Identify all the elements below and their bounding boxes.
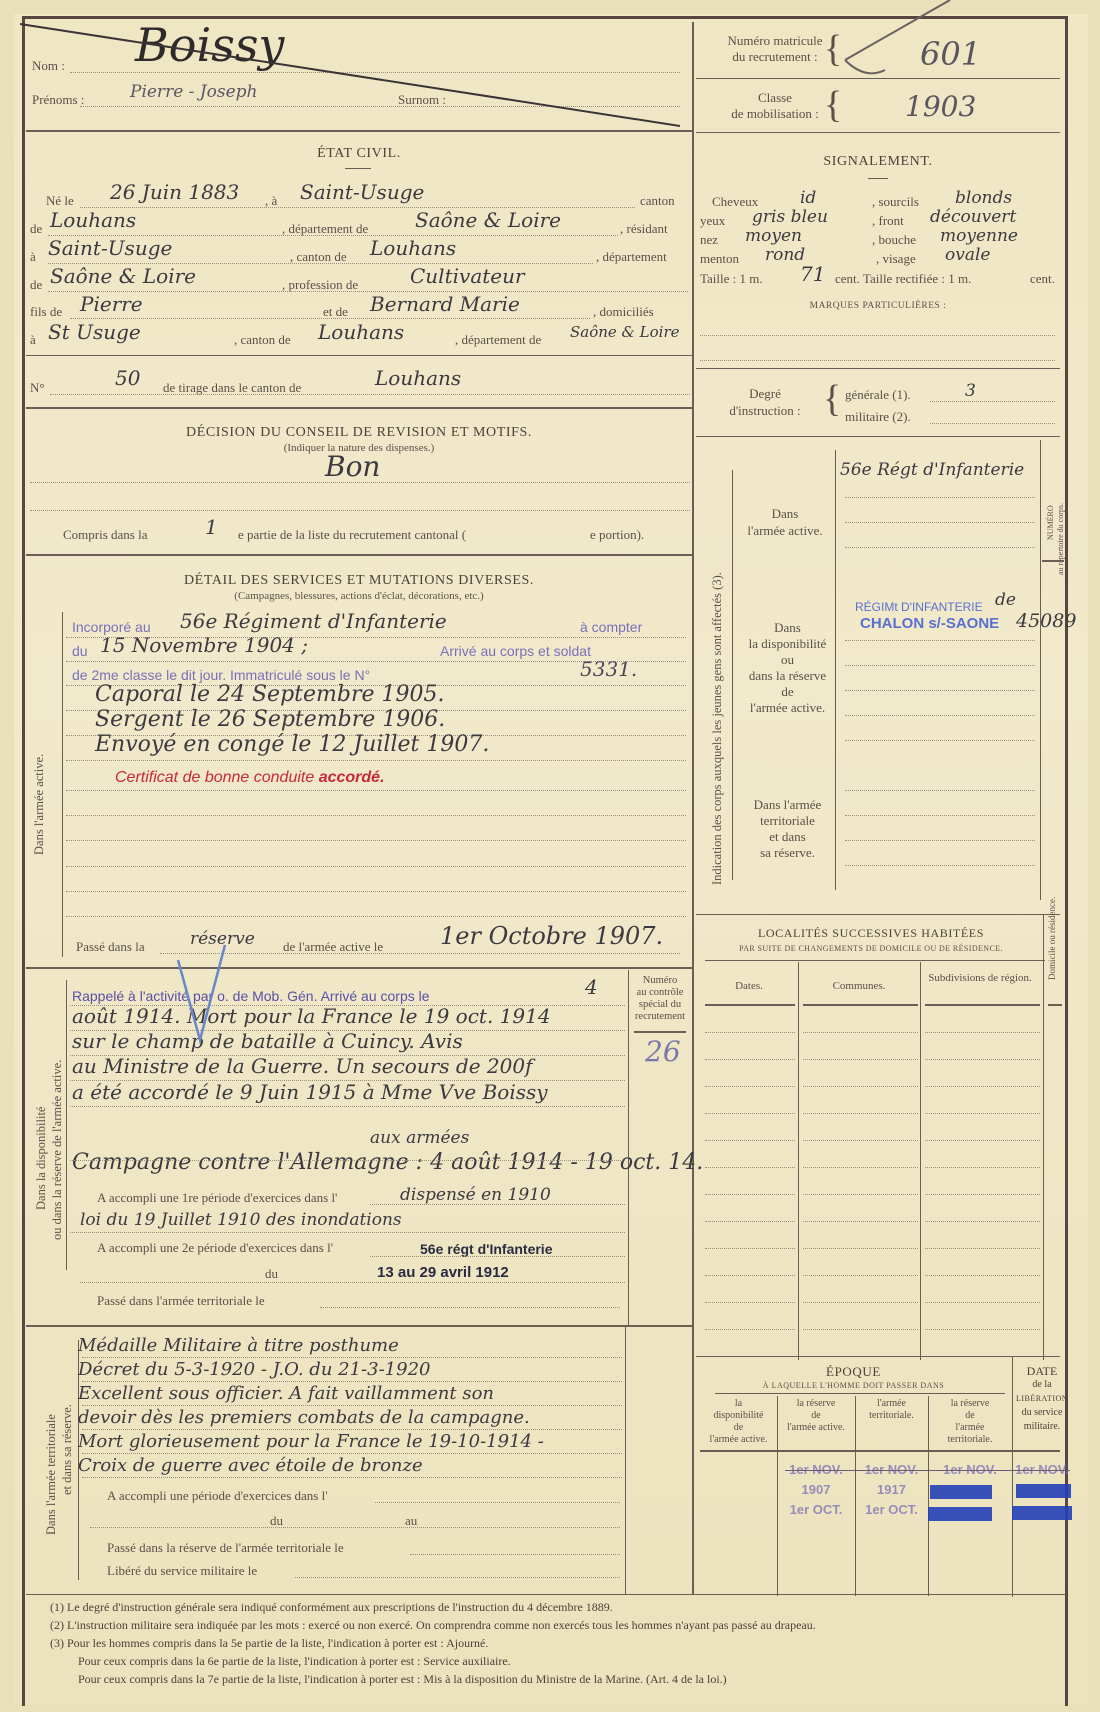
sourcils-value: blonds <box>955 188 1012 208</box>
domicile-parents: St Usuge <box>48 320 141 344</box>
numero-tirage: 50 <box>115 366 140 390</box>
label-line: et dans <box>740 829 835 845</box>
cent-label: cent. <box>1030 271 1055 287</box>
instruction-label: Degré d'instruction : <box>710 385 820 419</box>
domicilies-label: , domiciliés <box>593 304 654 320</box>
value-line <box>700 1500 777 1520</box>
title-underline <box>868 178 888 179</box>
corps-active-label: Dans l'armée active. <box>740 505 830 539</box>
line <box>80 1282 625 1283</box>
column-divider <box>798 962 799 1360</box>
divider <box>696 436 1060 437</box>
epoque-value: 1er NOV.19071er OCT. <box>777 1460 855 1520</box>
side-label-reserve-1: Dans la disponibilité <box>34 1107 49 1210</box>
marker-strike <box>1012 1506 1072 1520</box>
row-line <box>705 1221 795 1222</box>
row-line <box>705 1329 795 1330</box>
label-line: territoriale. <box>928 1434 1012 1446</box>
bracket <box>62 612 63 957</box>
numero-controle: 26 <box>645 1035 681 1068</box>
row-line <box>925 1302 1040 1303</box>
label-line: militaire. <box>1012 1420 1072 1434</box>
divider <box>26 967 692 969</box>
localites-title: LOCALITÉS SUCCESSIVES HABITÉES <box>696 926 1046 941</box>
du-label: du <box>265 1266 278 1282</box>
line <box>320 1307 620 1308</box>
row-line <box>925 1194 1040 1195</box>
stamp-immatricule: de 2me classe le dit jour. Immatriculé s… <box>72 667 370 683</box>
generale-value: 3 <box>965 381 976 401</box>
footnote: (3) Pour les hommes compris dans la 5e p… <box>50 1636 488 1651</box>
nez-label: nez <box>700 232 718 248</box>
value-line <box>700 1480 777 1500</box>
line <box>845 715 1035 716</box>
column-header-dates: Dates. <box>700 980 798 992</box>
line <box>370 1256 625 1257</box>
certificat-prefix: Certificat de bonne conduite <box>115 769 314 786</box>
rappel-stamp: Rappelé à l'activité par o. de Mob. Gén.… <box>72 988 430 1004</box>
corps-territoriale-label: Dans l'armée territoriale et dans sa rés… <box>740 797 835 861</box>
lieu-naissance: Saint-Usuge <box>300 180 424 204</box>
line <box>66 815 686 816</box>
stamp-du: du <box>72 643 88 659</box>
periode2-stamp: 56e régt d'Infanterie <box>420 1241 552 1257</box>
line <box>845 522 1035 523</box>
divider <box>26 407 692 409</box>
epoque-column-header: l'arméeterritoriale. <box>855 1398 928 1422</box>
row-line <box>803 1302 918 1303</box>
label-line: l'armée active. <box>700 1434 777 1446</box>
date-incorporation: 15 Novembre 1904 ; <box>100 633 308 657</box>
de-label: de <box>30 277 42 293</box>
services-subtitle: (Campagnes, blessures, actions d'éclat, … <box>26 590 692 602</box>
line <box>30 482 690 483</box>
bracket <box>835 450 836 890</box>
label-line: Numéro <box>628 975 692 987</box>
line <box>82 1405 622 1406</box>
label-line: ou <box>740 652 835 668</box>
corps-side-label: Indication des corps auxquels les jeunes… <box>710 572 725 885</box>
brace-icon: { <box>824 86 842 124</box>
row-line <box>925 1086 1040 1087</box>
rappel-day: 4 <box>585 975 598 999</box>
line <box>82 1381 622 1382</box>
corps-active-value: 56e Régt d'Infanterie <box>840 460 1024 480</box>
passe-label: Passé dans la <box>76 939 145 955</box>
line <box>845 865 1035 866</box>
pere: Pierre <box>80 292 143 316</box>
decision-title: DÉCISION DU CONSEIL DE REVISION ET MOTIF… <box>26 425 692 441</box>
line <box>70 1232 625 1233</box>
label-line: la <box>700 1398 777 1410</box>
row-line <box>705 1086 795 1087</box>
line <box>845 690 1035 691</box>
row-line <box>705 1302 795 1303</box>
title-underline <box>345 168 371 169</box>
corps-reserve-label: Dans la disponibilité ou dans la réserve… <box>740 620 835 716</box>
footnote: (2) L'instruction militaire sera indiqué… <box>50 1618 816 1633</box>
line <box>930 423 1055 424</box>
label-line: de <box>740 684 835 700</box>
label-line: territoriale <box>740 813 835 829</box>
line <box>48 291 688 292</box>
line <box>370 1204 625 1205</box>
column-header-domicile: Domicile ou résidence. <box>1047 897 1057 980</box>
visage-label: , visage <box>876 251 916 267</box>
line <box>66 790 686 791</box>
line <box>66 891 686 892</box>
sourcils-label: , sourcils <box>872 194 919 210</box>
generale-label: générale (1). <box>845 387 911 403</box>
divider <box>1048 1004 1062 1006</box>
ne-le-label: Né le <box>46 193 74 209</box>
bouche-value: moyenne <box>940 226 1018 246</box>
divider <box>1042 560 1064 562</box>
line <box>70 318 590 319</box>
divider <box>705 1004 795 1006</box>
departement-residence: Saône & Loire <box>50 264 196 288</box>
row-line <box>705 1113 795 1114</box>
divider <box>696 914 1060 915</box>
label-line: Dans <box>740 505 830 522</box>
line <box>30 510 690 511</box>
row-line <box>705 1140 795 1141</box>
campagne-line: Campagne contre l'Allemagne : 4 août 191… <box>72 1150 703 1175</box>
row-line <box>803 1059 918 1060</box>
check-mark <box>170 940 230 1050</box>
compris-label: Compris dans la <box>63 527 148 543</box>
divider <box>696 368 1060 369</box>
line <box>410 1554 620 1555</box>
aux-armees: aux armées <box>370 1128 469 1148</box>
decision-value: Bon <box>325 450 380 483</box>
row-line <box>705 1032 795 1033</box>
residant-label: , résidant <box>620 221 668 237</box>
label-line: de <box>928 1410 1012 1422</box>
label-line: NUMÉRO <box>1046 505 1055 540</box>
divider <box>634 1031 686 1033</box>
divider <box>705 960 1045 961</box>
militaire-label: militaire (2). <box>845 409 911 425</box>
epoque-column-header: la réservedel'arméeterritoriale. <box>928 1398 1012 1446</box>
row-line <box>705 1248 795 1249</box>
numero-controle-label: Numéro au contrôle spécial du recrutemen… <box>628 975 692 1023</box>
line <box>700 335 1055 336</box>
row-line <box>803 1248 918 1249</box>
signalement-title: SIGNALEMENT. <box>696 154 1060 170</box>
side-label-reserve-2: ou dans la réserve de l'armée active. <box>50 1060 65 1240</box>
label-line: de <box>700 1422 777 1434</box>
territoriale-line-1: Médaille Militaire à titre posthume <box>78 1335 399 1356</box>
row-line <box>705 1275 795 1276</box>
partie-label: e partie de la liste du recrutement cant… <box>238 527 466 543</box>
row-line <box>803 1194 918 1195</box>
taille-label: Taille : 1 m. <box>700 271 763 287</box>
row-line <box>803 1032 918 1033</box>
periode1-line2: loi du 19 Juillet 1910 des inondations <box>80 1210 402 1230</box>
marker-strike <box>928 1507 992 1521</box>
row-line <box>925 1248 1040 1249</box>
row-line <box>705 1167 795 1168</box>
bracket <box>66 980 67 1270</box>
label-line: l'armée <box>928 1422 1012 1434</box>
numero-label: N° <box>30 380 45 396</box>
row-line <box>925 1032 1040 1033</box>
footnote: Pour ceux compris dans la 7e partie de l… <box>78 1672 727 1687</box>
brace-icon: { <box>823 380 841 418</box>
services-title: DÉTAIL DES SERVICES ET MUTATIONS DIVERSE… <box>26 573 692 589</box>
value-line <box>700 1460 777 1480</box>
row-line <box>925 1113 1040 1114</box>
epoque-column-header: la réservedel'armée active. <box>777 1398 855 1434</box>
departement-parents: Saône & Loire <box>570 323 680 341</box>
divider <box>696 132 1060 133</box>
line <box>82 1453 622 1454</box>
residence: Saint-Usuge <box>48 236 172 260</box>
column-divider <box>1040 440 1041 900</box>
yeux-label: yeux <box>700 213 725 229</box>
label-line: Dans <box>740 620 835 636</box>
side-label-active: Dans l'armée active. <box>32 754 47 855</box>
value-line: 1917 <box>855 1480 928 1500</box>
line <box>50 394 690 395</box>
periode1-label: A accompli une 1re période d'exercices d… <box>97 1190 337 1206</box>
de-label: de <box>30 221 42 237</box>
value-line: 1er OCT. <box>777 1500 855 1520</box>
taille-rectifiee-label: cent. Taille rectifiée : 1 m. <box>835 271 971 287</box>
label-line: sa réserve. <box>740 845 835 861</box>
side-label-territoriale-2: et dans sa réserve. <box>60 1404 75 1495</box>
row-line <box>925 1221 1040 1222</box>
reserve-numero: 45089 <box>1016 610 1076 632</box>
line <box>700 360 1055 361</box>
label-line: LIBÉRATION <box>1012 1392 1072 1406</box>
divider <box>696 78 1060 79</box>
row-line <box>803 1221 918 1222</box>
passe-date: 1er Octobre 1907. <box>440 922 663 950</box>
epoque-value <box>700 1460 777 1520</box>
mere: Bernard Marie <box>370 292 520 316</box>
profession: Cultivateur <box>410 264 525 288</box>
line <box>66 840 686 841</box>
label-line: d'instruction : <box>710 402 820 419</box>
line <box>845 665 1035 666</box>
line <box>845 815 1035 816</box>
epoque-value: 1er NOV.19171er OCT. <box>855 1460 928 1520</box>
front-label: , front <box>872 213 904 229</box>
line <box>845 547 1035 548</box>
label-line: la réserve <box>928 1398 1012 1410</box>
line <box>66 760 686 761</box>
column-divider <box>692 22 694 1594</box>
a-label: à <box>30 249 36 265</box>
territoriale-line-5: Mort glorieusement pour la France le 19-… <box>78 1431 544 1452</box>
reserve-line-3: au Ministre de la Guerre. Un secours de … <box>72 1054 532 1078</box>
label-line: disponibilité <box>700 1410 777 1422</box>
territoriale-line-3: Excellent sous officier. A fait vaillamm… <box>78 1383 494 1404</box>
divider <box>26 1325 692 1327</box>
value-line: 1907 <box>777 1480 855 1500</box>
row-line <box>803 1140 918 1141</box>
passe-territoriale-label: Passé dans l'armée territoriale le <box>97 1293 265 1309</box>
footnote: Pour ceux compris dans la 6e partie de l… <box>78 1654 511 1669</box>
periode2-dates: 13 au 29 avril 1912 <box>377 1264 509 1281</box>
reserve-line-1: août 1914. Mort pour la France le 19 oct… <box>72 1004 551 1028</box>
label-line: l'armée <box>855 1398 928 1410</box>
label-line: l'armée active. <box>740 700 835 716</box>
cheveux-value: id <box>800 188 816 208</box>
line <box>845 840 1035 841</box>
line <box>845 740 1035 741</box>
row-line <box>925 1167 1040 1168</box>
front-value: découvert <box>930 207 1016 227</box>
portion-label: e portion). <box>590 527 644 543</box>
row-line <box>925 1140 1040 1141</box>
row-line <box>803 1329 918 1330</box>
label-line: Degré <box>710 385 820 402</box>
bouche-label: , bouche <box>872 232 916 248</box>
date-naissance: 26 Juin 1883 <box>110 180 239 204</box>
yeux-value: gris bleu <box>752 207 828 227</box>
row-line <box>803 1113 918 1114</box>
stamp-regiment: RÉGIMt D'INFANTERIE <box>855 600 983 614</box>
sergent-line: Sergent le 26 Septembre 1906. <box>95 707 445 732</box>
classe-value: 1903 <box>905 90 976 123</box>
reserve-territoriale-label: Passé dans la réserve de l'armée territo… <box>107 1540 344 1556</box>
territoriale-line-6: Croix de guerre avec étoile de bronze <box>78 1455 423 1476</box>
epoque-title: ÉPOQUE <box>696 1364 1011 1380</box>
numero-repertoire-label: NUMÉRO au répertoire du corps. <box>1042 450 1066 630</box>
periode2-label: A accompli une 2e période d'exercices da… <box>97 1240 333 1256</box>
label-line: la disponibilité <box>740 636 835 652</box>
conge-line: Envoyé en congé le 12 Juillet 1907. <box>95 732 489 757</box>
divider <box>26 130 692 132</box>
etat-civil-title: ÉTAT CIVIL. <box>26 146 692 162</box>
row-line <box>803 1086 918 1087</box>
column-divider <box>628 970 629 1325</box>
departement-naissance: Saône & Loire <box>415 208 561 232</box>
canton-de-label: , canton de <box>234 332 291 348</box>
caporal-line: Caporal le 24 Septembre 1905. <box>95 682 444 707</box>
label-line: l'armée active. <box>777 1422 855 1434</box>
label-line: Dans l'armée <box>740 797 835 813</box>
a-label: à <box>30 332 36 348</box>
canton-label: canton <box>640 193 675 209</box>
date-liberation-header: DATE de la LIBÉRATION du service militai… <box>1012 1364 1072 1434</box>
marques-label: MARQUES PARTICULIÈRES : <box>696 301 1060 311</box>
line <box>70 1106 625 1107</box>
canton-residence: Louhans <box>370 236 456 260</box>
stamp-chalon: CHALON s/-SAONE <box>860 615 999 632</box>
canton-parents: Louhans <box>318 320 404 344</box>
divider <box>26 1594 1066 1595</box>
reserve-line-4: a été accordé le 9 Juin 1915 à Mme Vve B… <box>72 1080 548 1104</box>
fils-de-label: fils de <box>30 304 62 320</box>
label-line: de la <box>1012 1378 1072 1392</box>
line <box>82 1477 622 1478</box>
certificat-suffix: accordé. <box>319 769 385 786</box>
certificat-stamp: Certificat de bonne conduite accordé. <box>115 769 385 787</box>
value-line: 1er OCT. <box>855 1500 928 1520</box>
departement-de-label: , département de <box>455 332 541 348</box>
taille-value: 71 <box>800 262 825 286</box>
stamp-a-compter: à compter <box>580 619 642 635</box>
divider <box>696 1356 1060 1357</box>
divider <box>26 355 692 356</box>
territoriale-line-2: Décret du 5-3-1920 - J.O. du 21-3-1920 <box>78 1359 430 1380</box>
stamp-arrive: Arrivé au corps et soldat <box>440 643 591 659</box>
bracket <box>732 470 733 880</box>
label-line: territoriale. <box>855 1410 928 1422</box>
line <box>82 1429 622 1430</box>
line <box>930 401 1055 402</box>
marker-strike <box>930 1485 992 1499</box>
reserve-line-2: sur le champ de bataille à Cuincy. Avis <box>72 1029 463 1053</box>
departement-label: , département <box>596 249 667 265</box>
divider <box>803 1004 918 1006</box>
label-line: au répertoire du corps. <box>1056 503 1065 575</box>
canton-naissance: Louhans <box>50 208 136 232</box>
label-line: dans la réserve <box>740 668 835 684</box>
periode1-value: dispensé en 1910 <box>400 1185 551 1205</box>
divider <box>925 1004 1040 1006</box>
epoque-column-header: ladisponibilitédel'armée active. <box>700 1398 777 1446</box>
check-mark <box>835 0 955 80</box>
side-label-territoriale-1: Dans l'armée territoriale <box>44 1414 59 1535</box>
line <box>66 866 686 867</box>
row-line <box>803 1275 918 1276</box>
line <box>375 1502 620 1503</box>
column-divider <box>625 1325 626 1595</box>
footnote: (1) Le degré d'instruction générale sera… <box>50 1600 613 1615</box>
matricule-corps: 5331. <box>580 657 637 681</box>
line <box>82 1357 622 1358</box>
label-line: du service <box>1012 1406 1072 1420</box>
row-line <box>803 1167 918 1168</box>
row-line <box>705 1059 795 1060</box>
periode-label: A accompli une période d'exercices dans … <box>107 1488 328 1504</box>
row-line <box>925 1329 1040 1330</box>
label-line: au contrôle <box>628 987 692 999</box>
label-line: l'armée active. <box>740 522 830 539</box>
line <box>845 640 1035 641</box>
line <box>66 916 686 917</box>
canton-tirage: Louhans <box>375 366 461 390</box>
territoriale-line-4: devoir dès les premiers combats de la ca… <box>78 1407 530 1428</box>
epoque-subtitle: À LAQUELLE L'HOMME DOIT PASSER DANS <box>696 1381 1011 1390</box>
line <box>845 790 1035 791</box>
marker-strike <box>1016 1484 1071 1498</box>
label-line: de <box>777 1410 855 1422</box>
partie-value: 1 <box>205 515 218 539</box>
line <box>70 1160 625 1161</box>
line <box>845 497 1035 498</box>
regiment-value: 56e Régiment d'Infanterie <box>180 609 447 633</box>
label-line: DATE <box>1012 1364 1072 1378</box>
row-line <box>925 1275 1040 1276</box>
divider <box>700 1450 1060 1452</box>
row-line <box>925 1059 1040 1060</box>
localites-subtitle: PAR SUITE DE CHANGEMENTS DE DOMICILE OU … <box>696 944 1046 953</box>
label-line: la réserve <box>777 1398 855 1410</box>
column-header-subdivisions: Subdivisions de région. <box>925 972 1035 985</box>
label-line: recrutement <box>628 1011 692 1023</box>
line <box>160 953 680 954</box>
strikethrough-line <box>20 20 680 130</box>
menton-label: menton <box>700 251 739 267</box>
column-divider <box>1043 915 1044 1360</box>
line <box>90 1527 620 1528</box>
